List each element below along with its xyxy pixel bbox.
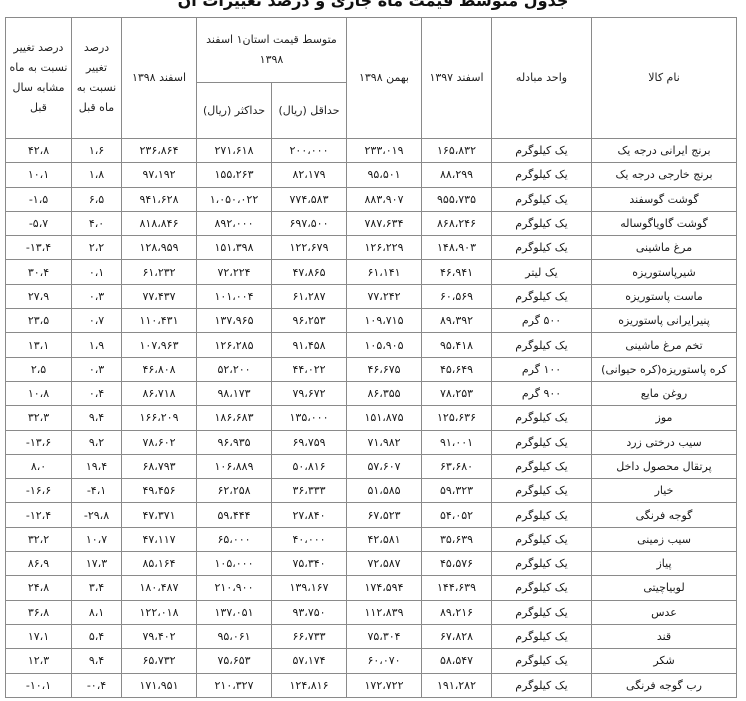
cell-pct-prev-month: ۱۹،۴ (72, 454, 122, 478)
cell-esfand-1397: ۵۸،۵۴۷ (422, 649, 492, 673)
cell-pct-prev-year: ۲۳،۵ (6, 309, 72, 333)
cell-esfand-1398: ۱۰۷،۹۶۳ (122, 333, 197, 357)
cell-unit: ۵۰۰ گرم (492, 309, 592, 333)
cell-name: رب گوجه فرنگی (592, 673, 737, 697)
cell-pct-prev-month: ۰،۳ (72, 284, 122, 308)
cell-max: ۵۲،۲۰۰ (197, 357, 272, 381)
cell-max: ۵۹،۴۴۴ (197, 503, 272, 527)
cell-pct-prev-year: ۳۰،۴ (6, 260, 72, 284)
cell-max: ۱۲۶،۲۸۵ (197, 333, 272, 357)
cell-min: ۱۲۲،۶۷۹ (272, 236, 347, 260)
table-row: سیب زمینییک کیلوگرم۳۵،۶۳۹۴۲،۵۸۱۴۰،۰۰۰۶۵،… (6, 527, 737, 551)
cell-bahman-1398: ۱۰۵،۹۰۵ (347, 333, 422, 357)
cell-max: ۱۵۵،۲۶۳ (197, 163, 272, 187)
header-bahman-1398: بهمن ۱۳۹۸ (347, 18, 422, 139)
table-title: جدول متوسط قیمت ماه جاری و درصد تغییرات … (0, 0, 746, 11)
cell-esfand-1398: ۱۶۶،۲۰۹ (122, 406, 197, 430)
cell-unit: یک کیلوگرم (492, 624, 592, 648)
cell-esfand-1398: ۴۷،۱۱۷ (122, 527, 197, 551)
cell-esfand-1398: ۸۶،۷۱۸ (122, 381, 197, 405)
cell-pct-prev-month: ۱،۶ (72, 139, 122, 163)
table-row: گوجه فرنگییک کیلوگرم۵۴،۰۵۲۶۷،۵۲۳۲۷،۸۴۰۵۹… (6, 503, 737, 527)
cell-max: ۶۲،۲۵۸ (197, 479, 272, 503)
cell-max: ۱۰۱،۰۰۴ (197, 284, 272, 308)
cell-max: ۱۰۵،۰۰۰ (197, 552, 272, 576)
cell-name: گوجه فرنگی (592, 503, 737, 527)
cell-pct-prev-year: ۱۳،۱ (6, 333, 72, 357)
cell-max: ۲۱۰،۹۰۰ (197, 576, 272, 600)
table-row: پرتقال محصول داخلیک کیلوگرم۶۳،۶۸۰۵۷،۶۰۷۵… (6, 454, 737, 478)
cell-pct-prev-month: ۵،۴ (72, 624, 122, 648)
cell-esfand-1398: ۱۸۰،۴۸۷ (122, 576, 197, 600)
cell-bahman-1398: ۱۵۱،۸۷۵ (347, 406, 422, 430)
cell-pct-prev-month: ۳،۴ (72, 576, 122, 600)
cell-pct-prev-year: ۱۶،۶- (6, 479, 72, 503)
cell-min: ۴۴،۰۲۲ (272, 357, 347, 381)
cell-max: ۱۰۶،۸۸۹ (197, 454, 272, 478)
cell-pct-prev-year: ۱۳،۴- (6, 236, 72, 260)
price-table: نام کالا واحد مبادله اسفند ۱۳۹۷ بهمن ۱۳۹… (5, 17, 737, 698)
cell-unit: یک کیلوگرم (492, 333, 592, 357)
cell-bahman-1398: ۶۰،۰۷۰ (347, 649, 422, 673)
cell-pct-prev-year: ۱۰،۱ (6, 163, 72, 187)
cell-esfand-1398: ۷۷،۴۳۷ (122, 284, 197, 308)
cell-esfand-1397: ۱۲۵،۶۳۶ (422, 406, 492, 430)
cell-bahman-1398: ۸۸۳،۹۰۷ (347, 187, 422, 211)
cell-unit: یک کیلوگرم (492, 406, 592, 430)
header-pct-prev-year: درصد تغییر نسبت به ماه مشابه سال قبل (6, 18, 72, 139)
cell-pct-prev-month: ۲۹،۸- (72, 503, 122, 527)
cell-esfand-1397: ۱۶۵،۸۳۲ (422, 139, 492, 163)
cell-name: عدس (592, 600, 737, 624)
cell-esfand-1397: ۵۹،۳۲۳ (422, 479, 492, 503)
cell-unit: یک کیلوگرم (492, 673, 592, 697)
cell-unit: ۱۰۰ گرم (492, 357, 592, 381)
cell-esfand-1398: ۷۸،۶۰۲ (122, 430, 197, 454)
cell-bahman-1398: ۱۲۶،۲۲۹ (347, 236, 422, 260)
cell-name: شکر (592, 649, 737, 673)
cell-min: ۸۲،۱۷۹ (272, 163, 347, 187)
cell-esfand-1397: ۸۶۸،۲۴۶ (422, 211, 492, 235)
table-row: گوشت گوسفندیک کیلوگرم۹۵۵،۷۳۵۸۸۳،۹۰۷۷۷۴،۵… (6, 187, 737, 211)
cell-pct-prev-year: ۳۲،۲ (6, 527, 72, 551)
cell-bahman-1398: ۷۸۷،۶۳۴ (347, 211, 422, 235)
cell-esfand-1397: ۷۸،۲۵۳ (422, 381, 492, 405)
cell-name: موز (592, 406, 737, 430)
header-esfand-1398: اسفند ۱۳۹۸ (122, 18, 197, 139)
cell-pct-prev-year: ۸۶،۹ (6, 552, 72, 576)
header-min: حداقل (ریال) (272, 83, 347, 139)
table-row: شیرپاستوریزهیک لیتر۴۶،۹۴۱۶۱،۱۴۱۴۷،۸۶۵۷۲،… (6, 260, 737, 284)
cell-unit: یک کیلوگرم (492, 163, 592, 187)
table-row: قندیک کیلوگرم۶۷،۸۲۸۷۵،۳۰۴۶۶،۷۳۳۹۵،۰۶۱۷۹،… (6, 624, 737, 648)
cell-esfand-1397: ۹۵۵،۷۳۵ (422, 187, 492, 211)
cell-pct-prev-month: ۰،۴ (72, 381, 122, 405)
table-row: کره پاستوریزه(کره حیوانی)۱۰۰ گرم۴۵،۶۴۹۴۶… (6, 357, 737, 381)
table-row: پیازیک کیلوگرم۴۵،۵۷۶۷۲،۵۸۷۷۵،۳۴۰۱۰۵،۰۰۰۸… (6, 552, 737, 576)
cell-unit: ۹۰۰ گرم (492, 381, 592, 405)
cell-pct-prev-year: ۱۲،۳ (6, 649, 72, 673)
cell-min: ۶۹۷،۵۰۰ (272, 211, 347, 235)
cell-unit: یک کیلوگرم (492, 454, 592, 478)
cell-esfand-1398: ۹۷،۱۹۲ (122, 163, 197, 187)
cell-pct-prev-month: ۸،۱ (72, 600, 122, 624)
cell-esfand-1397: ۵۴،۰۵۲ (422, 503, 492, 527)
cell-max: ۹۵،۰۶۱ (197, 624, 272, 648)
cell-esfand-1398: ۹۴۱،۶۲۸ (122, 187, 197, 211)
table-row: برنج ایرانی درجه یکیک کیلوگرم۱۶۵،۸۳۲۲۳۳،… (6, 139, 737, 163)
cell-min: ۵۰،۸۱۶ (272, 454, 347, 478)
cell-pct-prev-year: ۱۳،۶- (6, 430, 72, 454)
cell-bahman-1398: ۹۵،۵۰۱ (347, 163, 422, 187)
cell-max: ۷۲،۲۲۴ (197, 260, 272, 284)
table-row: شکریک کیلوگرم۵۸،۵۴۷۶۰،۰۷۰۵۷،۱۷۴۷۵،۶۵۳۶۵،… (6, 649, 737, 673)
cell-min: ۹۶،۲۵۳ (272, 309, 347, 333)
cell-esfand-1397: ۱۴۴،۶۳۹ (422, 576, 492, 600)
cell-unit: یک لیتر (492, 260, 592, 284)
cell-min: ۳۶،۳۳۳ (272, 479, 347, 503)
cell-min: ۹۱،۴۵۸ (272, 333, 347, 357)
cell-pct-prev-year: ۴۲،۸ (6, 139, 72, 163)
cell-esfand-1398: ۸۱۸،۸۴۶ (122, 211, 197, 235)
cell-pct-prev-month: ۹،۴ (72, 406, 122, 430)
cell-esfand-1398: ۱۲۲،۰۱۸ (122, 600, 197, 624)
cell-esfand-1397: ۱۴۸،۹۰۳ (422, 236, 492, 260)
cell-pct-prev-year: ۲۷،۹ (6, 284, 72, 308)
cell-pct-prev-month: ۰،۷ (72, 309, 122, 333)
header-name: نام کالا (592, 18, 737, 139)
cell-esfand-1398: ۱۷۱،۹۵۱ (122, 673, 197, 697)
cell-max: ۱۳۷،۹۶۵ (197, 309, 272, 333)
cell-pct-prev-year: ۸،۰ (6, 454, 72, 478)
cell-pct-prev-month: ۲،۲ (72, 236, 122, 260)
cell-min: ۴۷،۸۶۵ (272, 260, 347, 284)
table-body: برنج ایرانی درجه یکیک کیلوگرم۱۶۵،۸۳۲۲۳۳،… (6, 139, 737, 698)
cell-pct-prev-month: ۹،۲ (72, 430, 122, 454)
cell-name: گوشت گاویاگوساله (592, 211, 737, 235)
cell-unit: یک کیلوگرم (492, 649, 592, 673)
cell-bahman-1398: ۵۱،۵۸۵ (347, 479, 422, 503)
cell-pct-prev-month: ۰،۱ (72, 260, 122, 284)
cell-unit: یک کیلوگرم (492, 600, 592, 624)
cell-esfand-1398: ۴۹،۴۵۶ (122, 479, 197, 503)
cell-esfand-1398: ۶۵،۷۳۲ (122, 649, 197, 673)
cell-pct-prev-month: ۱۷،۳ (72, 552, 122, 576)
cell-unit: یک کیلوگرم (492, 430, 592, 454)
cell-name: روغن مایع (592, 381, 737, 405)
cell-unit: یک کیلوگرم (492, 139, 592, 163)
cell-name: پیاز (592, 552, 737, 576)
cell-esfand-1397: ۶۰،۵۶۹ (422, 284, 492, 308)
cell-min: ۷۷۴،۵۸۳ (272, 187, 347, 211)
cell-min: ۵۷،۱۷۴ (272, 649, 347, 673)
table-row: تخم مرغ ماشینییک کیلوگرم۹۵،۴۱۸۱۰۵،۹۰۵۹۱،… (6, 333, 737, 357)
table-row: لوبیاچیتییک کیلوگرم۱۴۴،۶۳۹۱۷۴،۵۹۴۱۳۹،۱۶۷… (6, 576, 737, 600)
cell-pct-prev-month: ۹،۴ (72, 649, 122, 673)
cell-min: ۷۵،۳۴۰ (272, 552, 347, 576)
cell-name: لوبیاچیتی (592, 576, 737, 600)
cell-min: ۴۰،۰۰۰ (272, 527, 347, 551)
table-row: مرغ ماشینییک کیلوگرم۱۴۸،۹۰۳۱۲۶،۲۲۹۱۲۲،۶۷… (6, 236, 737, 260)
cell-bahman-1398: ۱۷۴،۵۹۴ (347, 576, 422, 600)
cell-bahman-1398: ۴۲،۵۸۱ (347, 527, 422, 551)
cell-bahman-1398: ۶۷،۵۲۳ (347, 503, 422, 527)
cell-esfand-1398: ۱۲۸،۹۵۹ (122, 236, 197, 260)
cell-pct-prev-year: ۱۷،۱ (6, 624, 72, 648)
cell-unit: یک کیلوگرم (492, 284, 592, 308)
cell-esfand-1398: ۱۱۰،۴۳۱ (122, 309, 197, 333)
cell-name: مرغ ماشینی (592, 236, 737, 260)
cell-pct-prev-year: ۱۲،۴- (6, 503, 72, 527)
cell-name: پرتقال محصول داخل (592, 454, 737, 478)
cell-pct-prev-month: ۰،۴- (72, 673, 122, 697)
cell-esfand-1398: ۷۹،۴۰۲ (122, 624, 197, 648)
cell-min: ۱۳۹،۱۶۷ (272, 576, 347, 600)
cell-min: ۶۱،۲۸۷ (272, 284, 347, 308)
cell-name: کره پاستوریزه(کره حیوانی) (592, 357, 737, 381)
cell-name: گوشت گوسفند (592, 187, 737, 211)
table-row: روغن مایع۹۰۰ گرم۷۸،۲۵۳۸۶،۳۵۵۷۹،۶۷۲۹۸،۱۷۳… (6, 381, 737, 405)
cell-bahman-1398: ۱۷۲،۷۲۲ (347, 673, 422, 697)
cell-name: ماست پاستوریزه (592, 284, 737, 308)
cell-min: ۲۷،۸۴۰ (272, 503, 347, 527)
table-row: سیب درختی زردیک کیلوگرم۹۱،۰۰۱۷۱،۹۸۲۶۹،۷۵… (6, 430, 737, 454)
table-row: ماست پاستوریزهیک کیلوگرم۶۰،۵۶۹۷۷،۲۴۲۶۱،۲… (6, 284, 737, 308)
cell-esfand-1397: ۹۵،۴۱۸ (422, 333, 492, 357)
cell-max: ۱،۰۵۰،۰۲۲ (197, 187, 272, 211)
header-esfand-1397: اسفند ۱۳۹۷ (422, 18, 492, 139)
cell-bahman-1398: ۷۲،۵۸۷ (347, 552, 422, 576)
cell-bahman-1398: ۸۶،۳۵۵ (347, 381, 422, 405)
cell-pct-prev-month: ۰،۳ (72, 357, 122, 381)
table-row: گوشت گاویاگوسالهیک کیلوگرم۸۶۸،۲۴۶۷۸۷،۶۳۴… (6, 211, 737, 235)
cell-bahman-1398: ۷۵،۳۰۴ (347, 624, 422, 648)
table-row: خیاریک کیلوگرم۵۹،۳۲۳۵۱،۵۸۵۳۶،۳۳۳۶۲،۲۵۸۴۹… (6, 479, 737, 503)
cell-pct-prev-year: ۱۰،۸ (6, 381, 72, 405)
cell-max: ۹۶،۹۳۵ (197, 430, 272, 454)
cell-name: خیار (592, 479, 737, 503)
cell-name: سیب زمینی (592, 527, 737, 551)
cell-pct-prev-year: ۲،۵ (6, 357, 72, 381)
cell-name: برنج خارجی درجه یک (592, 163, 737, 187)
cell-bahman-1398: ۷۷،۲۴۲ (347, 284, 422, 308)
cell-min: ۶۹،۷۵۹ (272, 430, 347, 454)
cell-esfand-1397: ۶۳،۶۸۰ (422, 454, 492, 478)
cell-pct-prev-month: ۱۰،۷ (72, 527, 122, 551)
cell-bahman-1398: ۱۱۲،۸۳۹ (347, 600, 422, 624)
cell-bahman-1398: ۶۱،۱۴۱ (347, 260, 422, 284)
cell-max: ۱۵۱،۳۹۸ (197, 236, 272, 260)
cell-esfand-1397: ۴۵،۶۴۹ (422, 357, 492, 381)
cell-max: ۱۸۶،۶۸۳ (197, 406, 272, 430)
cell-max: ۲۱۰،۳۲۷ (197, 673, 272, 697)
cell-pct-prev-month: ۴،۱- (72, 479, 122, 503)
cell-unit: یک کیلوگرم (492, 187, 592, 211)
cell-esfand-1397: ۴۶،۹۴۱ (422, 260, 492, 284)
cell-max: ۲۷۱،۶۱۸ (197, 139, 272, 163)
cell-name: سیب درختی زرد (592, 430, 737, 454)
cell-pct-prev-month: ۱،۸ (72, 163, 122, 187)
cell-esfand-1398: ۴۷،۳۷۱ (122, 503, 197, 527)
cell-bahman-1398: ۵۷،۶۰۷ (347, 454, 422, 478)
cell-unit: یک کیلوگرم (492, 576, 592, 600)
cell-max: ۶۵،۰۰۰ (197, 527, 272, 551)
cell-unit: یک کیلوگرم (492, 236, 592, 260)
cell-bahman-1398: ۲۳۳،۰۱۹ (347, 139, 422, 163)
cell-pct-prev-year: ۳۶،۸ (6, 600, 72, 624)
cell-unit: یک کیلوگرم (492, 527, 592, 551)
header-max: حداکثر (ریال) (197, 83, 272, 139)
cell-min: ۹۳،۷۵۰ (272, 600, 347, 624)
cell-pct-prev-month: ۶،۵ (72, 187, 122, 211)
cell-pct-prev-year: ۵،۷- (6, 211, 72, 235)
cell-max: ۸۹۲،۰۰۰ (197, 211, 272, 235)
table-row: رب گوجه فرنگییک کیلوگرم۱۹۱،۲۸۲۱۷۲،۷۲۲۱۲۴… (6, 673, 737, 697)
table-row: برنج خارجی درجه یکیک کیلوگرم۸۸،۲۹۹۹۵،۵۰۱… (6, 163, 737, 187)
header-pct-prev-month: درصد تغییر نسبت به ماه قبل (72, 18, 122, 139)
cell-pct-prev-year: ۱،۵- (6, 187, 72, 211)
cell-esfand-1397: ۴۵،۵۷۶ (422, 552, 492, 576)
cell-name: پنیرایرانی پاستوریزه (592, 309, 737, 333)
cell-pct-prev-year: ۲۴،۸ (6, 576, 72, 600)
cell-pct-prev-year: ۳۲،۳ (6, 406, 72, 430)
cell-max: ۹۸،۱۷۳ (197, 381, 272, 405)
cell-bahman-1398: ۷۱،۹۸۲ (347, 430, 422, 454)
cell-min: ۱۲۴،۸۱۶ (272, 673, 347, 697)
cell-min: ۱۳۵،۰۰۰ (272, 406, 347, 430)
cell-esfand-1397: ۳۵،۶۳۹ (422, 527, 492, 551)
cell-max: ۷۵،۶۵۳ (197, 649, 272, 673)
header-unit: واحد مبادله (492, 18, 592, 139)
cell-esfand-1398: ۶۸،۷۹۳ (122, 454, 197, 478)
cell-pct-prev-year: ۱۰،۱- (6, 673, 72, 697)
cell-esfand-1397: ۸۹،۲۱۶ (422, 600, 492, 624)
cell-min: ۶۶،۷۳۳ (272, 624, 347, 648)
cell-pct-prev-month: ۴،۰ (72, 211, 122, 235)
cell-bahman-1398: ۴۶،۶۷۵ (347, 357, 422, 381)
cell-esfand-1397: ۶۷،۸۲۸ (422, 624, 492, 648)
cell-esfand-1397: ۹۱،۰۰۱ (422, 430, 492, 454)
table-row: عدسیک کیلوگرم۸۹،۲۱۶۱۱۲،۸۳۹۹۳،۷۵۰۱۳۷،۰۵۱۱… (6, 600, 737, 624)
cell-unit: یک کیلوگرم (492, 479, 592, 503)
cell-name: برنج ایرانی درجه یک (592, 139, 737, 163)
cell-name: شیرپاستوریزه (592, 260, 737, 284)
cell-unit: یک کیلوگرم (492, 503, 592, 527)
cell-name: قند (592, 624, 737, 648)
cell-esfand-1397: ۸۸،۲۹۹ (422, 163, 492, 187)
cell-bahman-1398: ۱۰۹،۷۱۵ (347, 309, 422, 333)
cell-name: تخم مرغ ماشینی (592, 333, 737, 357)
header-province-avg: متوسط قیمت استان۱ اسفند ۱۳۹۸ (197, 18, 347, 83)
cell-esfand-1398: ۴۶،۸۰۸ (122, 357, 197, 381)
cell-pct-prev-month: ۱،۹ (72, 333, 122, 357)
cell-min: ۷۹،۶۷۲ (272, 381, 347, 405)
cell-unit: یک کیلوگرم (492, 211, 592, 235)
cell-max: ۱۳۷،۰۵۱ (197, 600, 272, 624)
cell-esfand-1398: ۲۳۶،۸۶۴ (122, 139, 197, 163)
table-row: پنیرایرانی پاستوریزه۵۰۰ گرم۸۹،۳۹۲۱۰۹،۷۱۵… (6, 309, 737, 333)
cell-esfand-1397: ۱۹۱،۲۸۲ (422, 673, 492, 697)
cell-esfand-1398: ۸۵،۱۶۴ (122, 552, 197, 576)
cell-esfand-1398: ۶۱،۲۳۲ (122, 260, 197, 284)
table-row: موزیک کیلوگرم۱۲۵،۶۳۶۱۵۱،۸۷۵۱۳۵،۰۰۰۱۸۶،۶۸… (6, 406, 737, 430)
cell-esfand-1397: ۸۹،۳۹۲ (422, 309, 492, 333)
cell-unit: یک کیلوگرم (492, 552, 592, 576)
cell-min: ۲۰۰،۰۰۰ (272, 139, 347, 163)
